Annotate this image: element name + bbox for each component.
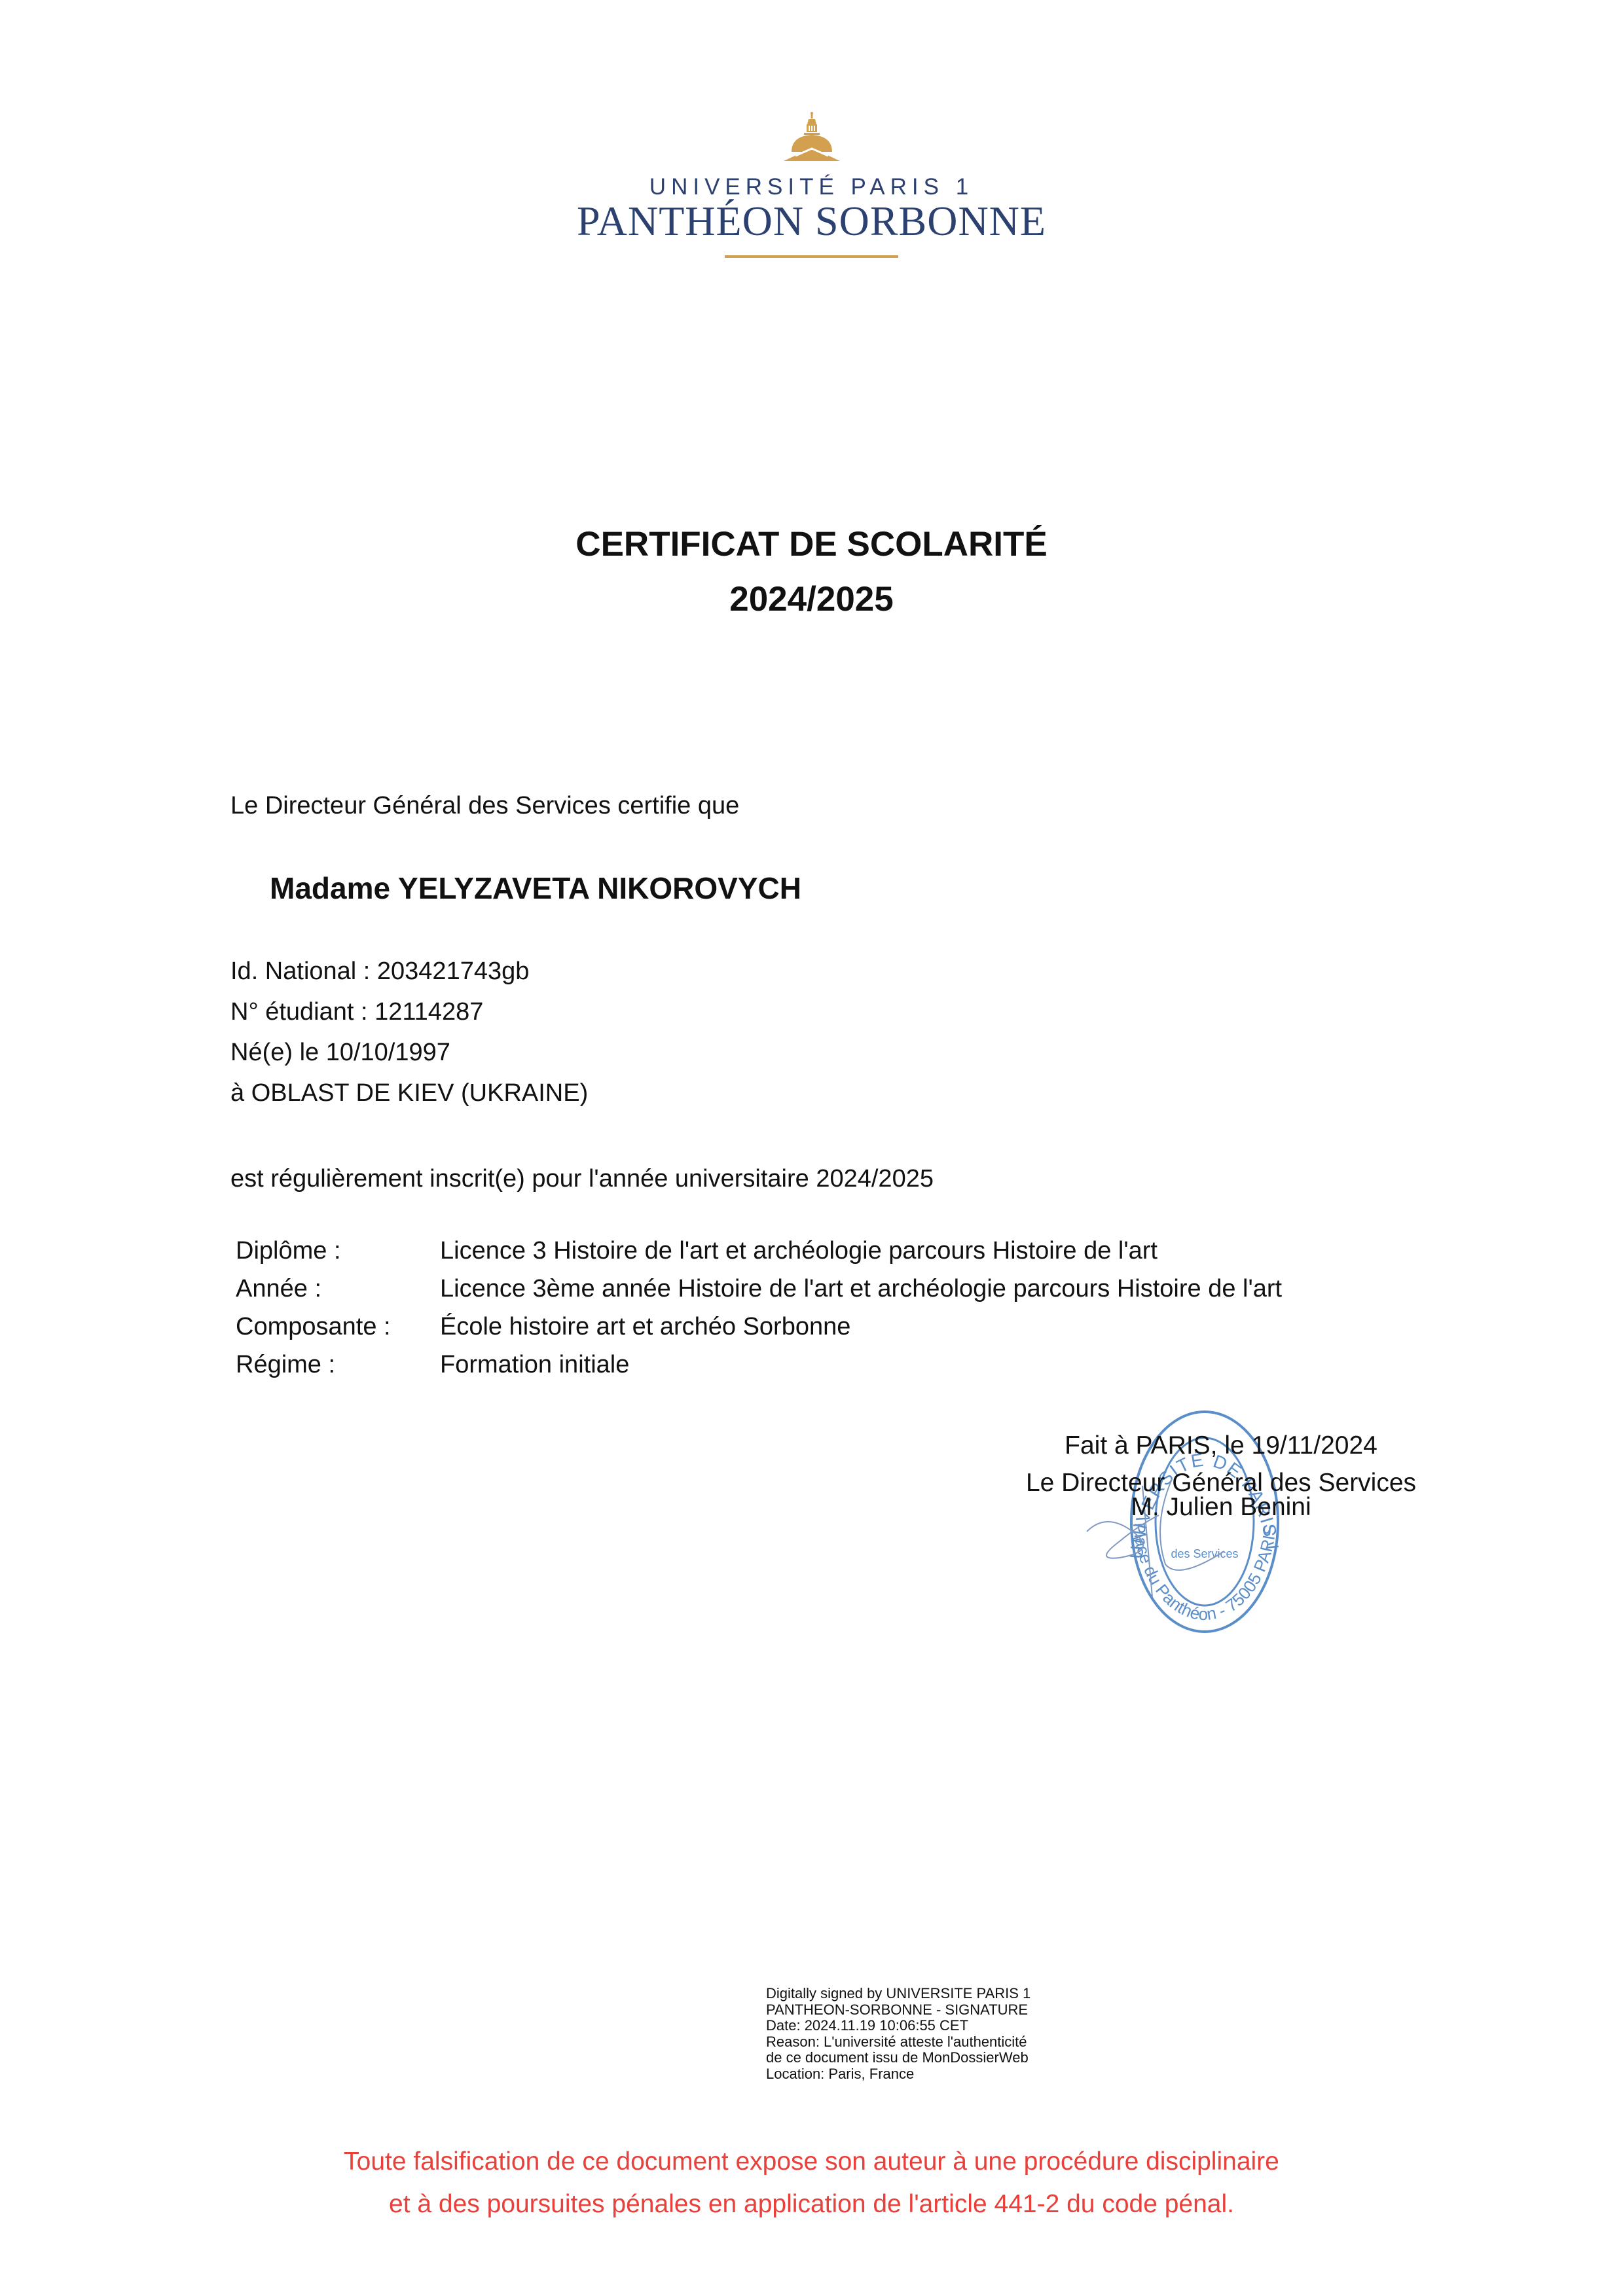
digital-signature-line: Reason: L'université atteste l'authentic… [766, 2034, 1030, 2051]
birth-date: Né(e) le 10/10/1997 [230, 1032, 588, 1073]
certification-intro: Le Directeur Général des Services certif… [230, 785, 739, 826]
logo-divider [725, 255, 898, 258]
warning-line-2: et à des poursuites pénales en applicati… [0, 2183, 1623, 2225]
warning-line-1: Toute falsification de ce document expos… [0, 2140, 1623, 2183]
detail-label: Régime : [236, 1346, 440, 1384]
student-name: Madame YELYZAVETA NIKOROVYCH [270, 870, 801, 906]
signature-place-date: Fait à PARIS, le 19/11/2024 [976, 1427, 1467, 1464]
detail-value: Formation initiale [440, 1346, 1282, 1384]
table-row: Année : Licence 3ème année Histoire de l… [236, 1270, 1282, 1308]
academic-year: 2024/2025 [0, 572, 1623, 627]
document-title: CERTIFICAT DE SCOLARITÉ 2024/2025 [0, 517, 1623, 627]
university-logo: UNIVERSITÉ PARIS 1 PANTHÉON SORBONNE [0, 111, 1623, 258]
detail-value: École histoire art et archéo Sorbonne [440, 1308, 1282, 1346]
svg-text:des Services: des Services [1171, 1547, 1238, 1560]
university-brand-line: PANTHÉON SORBONNE [0, 198, 1623, 245]
digital-signature-line: Location: Paris, France [766, 2066, 1030, 2083]
forgery-warning: Toute falsification de ce document expos… [0, 2140, 1623, 2225]
detail-label: Année : [236, 1270, 440, 1308]
student-number: N° étudiant : 12114287 [230, 992, 588, 1032]
table-row: Diplôme : Licence 3 Histoire de l'art et… [236, 1232, 1282, 1270]
detail-value: Licence 3ème année Histoire de l'art et … [440, 1270, 1282, 1308]
university-name-line: UNIVERSITÉ PARIS 1 [0, 174, 1623, 200]
birth-place: à OBLAST DE KIEV (UKRAINE) [230, 1073, 588, 1113]
digital-signature-line: de ce document issu de MonDossierWeb [766, 2050, 1030, 2066]
stamp-bottom-text: Place du Panthéon - 75005 PARIS [1129, 1522, 1280, 1624]
national-id: Id. National : 203421743gb [230, 951, 588, 992]
table-row: Composante : École histoire art et arché… [236, 1308, 1282, 1346]
svg-text:Place du Panthéon - 75005 PARI: Place du Panthéon - 75005 PARIS [1129, 1522, 1280, 1624]
student-identity-block: Id. National : 203421743gb N° étudiant :… [230, 951, 588, 1113]
enrolment-statement: est régulièrement inscrit(e) pour l'anné… [230, 1158, 934, 1199]
detail-label: Composante : [236, 1308, 440, 1346]
digital-signature-line: PANTHEON-SORBONNE - SIGNATURE [766, 2002, 1030, 2018]
detail-value: Licence 3 Histoire de l'art et archéolog… [440, 1232, 1282, 1270]
digital-signature-line: Digitally signed by UNIVERSITE PARIS 1 [766, 1986, 1030, 2002]
signature-block: Fait à PARIS, le 19/11/2024 Le Directeur… [976, 1427, 1467, 1526]
digital-signature-line: Date: 2024.11.19 10:06:55 CET [766, 2018, 1030, 2034]
pantheon-dome-icon [782, 111, 841, 164]
detail-label: Diplôme : [236, 1232, 440, 1270]
certificate-heading: CERTIFICAT DE SCOLARITÉ [0, 517, 1623, 572]
digital-signature-block: Digitally signed by UNIVERSITE PARIS 1 P… [766, 1986, 1030, 2082]
enrolment-details-table: Diplôme : Licence 3 Histoire de l'art et… [236, 1232, 1282, 1384]
table-row: Régime : Formation initiale [236, 1346, 1282, 1384]
